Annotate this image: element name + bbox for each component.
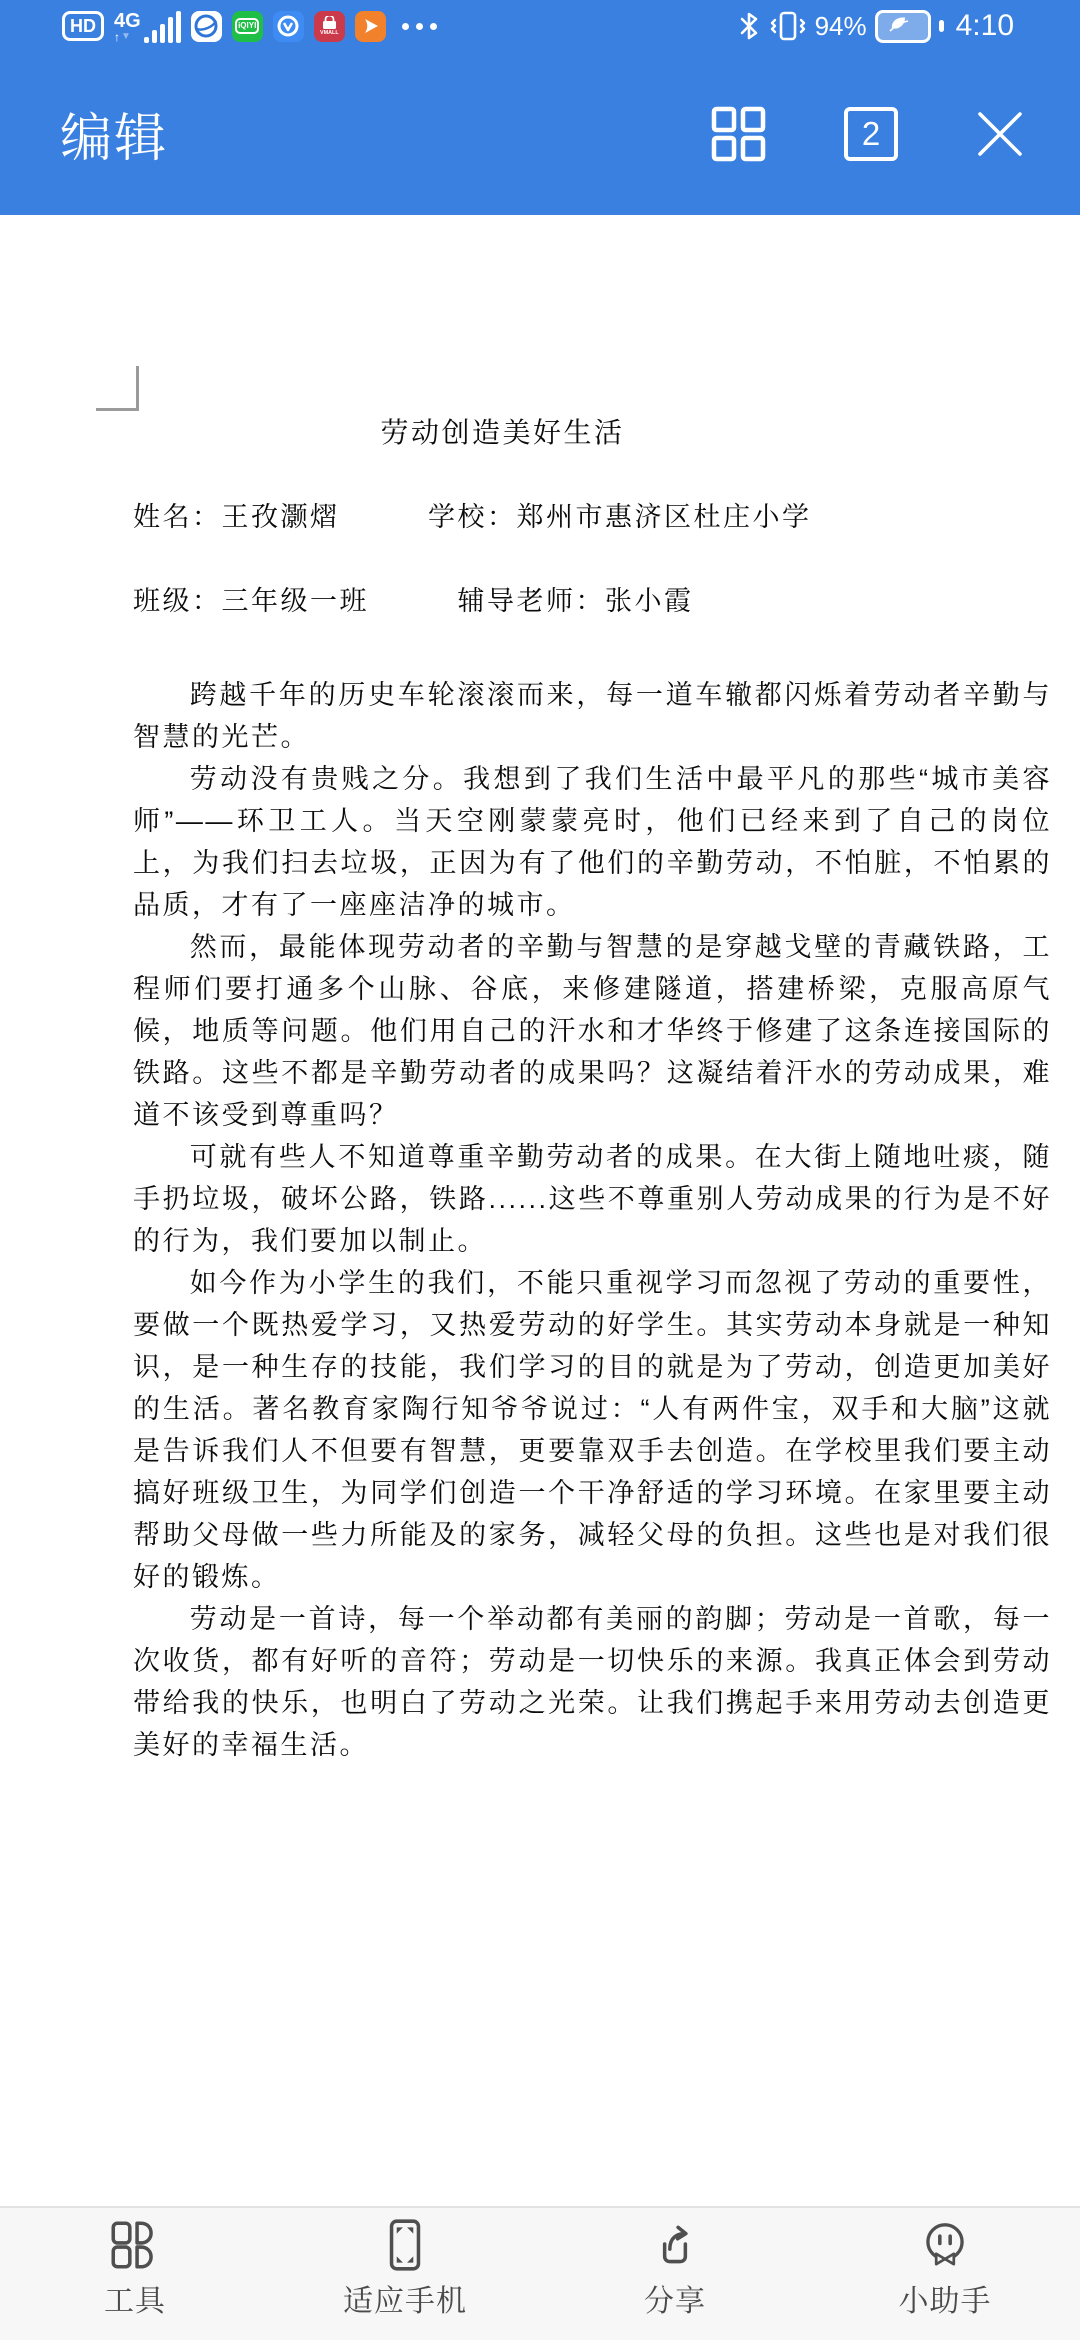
essay-paragraph: 跨越千年的历史车轮滚滚而来，每一道车辙都闪烁着劳动者辛勤与智慧的光芒。 [133,674,1052,758]
status-left: HD 4G ↑▼ iQIYI [0,9,437,43]
author-school-line: 姓名：王孜灏熠 学校：郑州市惠济区杜庄小学 [133,496,1052,538]
fit-to-phone-label: 适应手机 [343,2276,467,2320]
fit-to-phone-icon [376,2216,434,2274]
iqiyi-notification-icon: iQIYI [232,11,263,42]
tools-label: 工具 [104,2276,166,2320]
page-title: 编辑 [0,96,168,171]
tools-button[interactable]: 工具 [0,2208,270,2340]
status-bar: HD 4G ↑▼ iQIYI [0,0,1080,52]
close-icon[interactable] [972,106,1028,162]
assistant-icon [916,2216,974,2274]
data-activity-arrows-icon: ↑▼ [114,31,131,43]
class-teacher-line: 班级：三年级一班 辅导老师：张小霞 [133,580,1052,622]
essay-paragraph: 然而，最能体现劳动者的辛勤与智慧的是穿越戈壁的青藏铁路，工程师们要打通多个山脉、… [133,926,1052,1136]
network-type: 4G ↑▼ [114,11,141,43]
window-count-button[interactable]: 2 [844,107,898,161]
essay-title: 劳动创造美好生活 [133,412,1052,454]
share-icon [646,2216,704,2274]
components-grid-icon[interactable] [710,106,768,162]
assistant-button[interactable]: 小助手 [810,2208,1080,2340]
network-signal-group: 4G ↑▼ [114,9,181,43]
document-page[interactable]: 劳动创造美好生活 姓名：王孜灏熠 学校：郑州市惠济区杜庄小学 班级：三年级一班 … [0,215,1080,2208]
app-header: 编辑 2 [0,52,1080,215]
document-content: 劳动创造美好生活 姓名：王孜灏熠 学校：郑州市惠济区杜庄小学 班级：三年级一班 … [0,215,1080,1766]
share-label: 分享 [644,2276,706,2320]
essay-paragraph: 劳动没有贵贱之分。我想到了我们生活中最平凡的那些“城市美容师”——环卫工人。当天… [133,758,1052,926]
battery-percent: 94% [815,11,867,42]
assistant-label: 小助手 [899,2276,992,2320]
bluetooth-icon [737,10,761,42]
status-right: 94% 4:10 [737,9,1080,43]
bottom-toolbar: 工具 适应手机 分享 [0,2206,1080,2340]
window-count: 2 [862,115,880,153]
battery-tip [939,20,944,32]
vmall-notification-icon: VMALL [314,11,345,42]
share-button[interactable]: 分享 [540,2208,810,2340]
essay-paragraph: 如今作为小学生的我们，不能只重视学习而忽视了劳动的重要性，要做一个既热爱学习，又… [133,1262,1052,1598]
browser-notification-icon [191,11,222,42]
top-blue-bar: HD 4G ↑▼ iQIYI [0,0,1080,215]
vibrate-icon [769,9,807,43]
wps-editor-screen: HD 4G ↑▼ iQIYI [0,0,1080,2340]
video-app-notification-icon [355,11,386,42]
essay-paragraph: 可就有些人不知道尊重辛勤劳动者的成果。在大街上随地吐痰，随手扔垃圾，破坏公路，铁… [133,1136,1052,1262]
header-actions: 2 [710,106,1080,162]
hd-volte-icon: HD [62,11,104,41]
signal-strength-icon [144,9,181,43]
fit-to-phone-button[interactable]: 适应手机 [270,2208,540,2340]
battery-icon [875,10,931,43]
tools-icon [106,2216,164,2274]
reading-app-notification-icon [273,11,304,42]
clock-time: 4:10 [956,9,1014,43]
essay-paragraph: 劳动是一首诗，每一个举动都有美丽的韵脚；劳动是一首歌，每一次收货，都有好听的音符… [133,1598,1052,1766]
more-notifications-icon [402,23,437,30]
